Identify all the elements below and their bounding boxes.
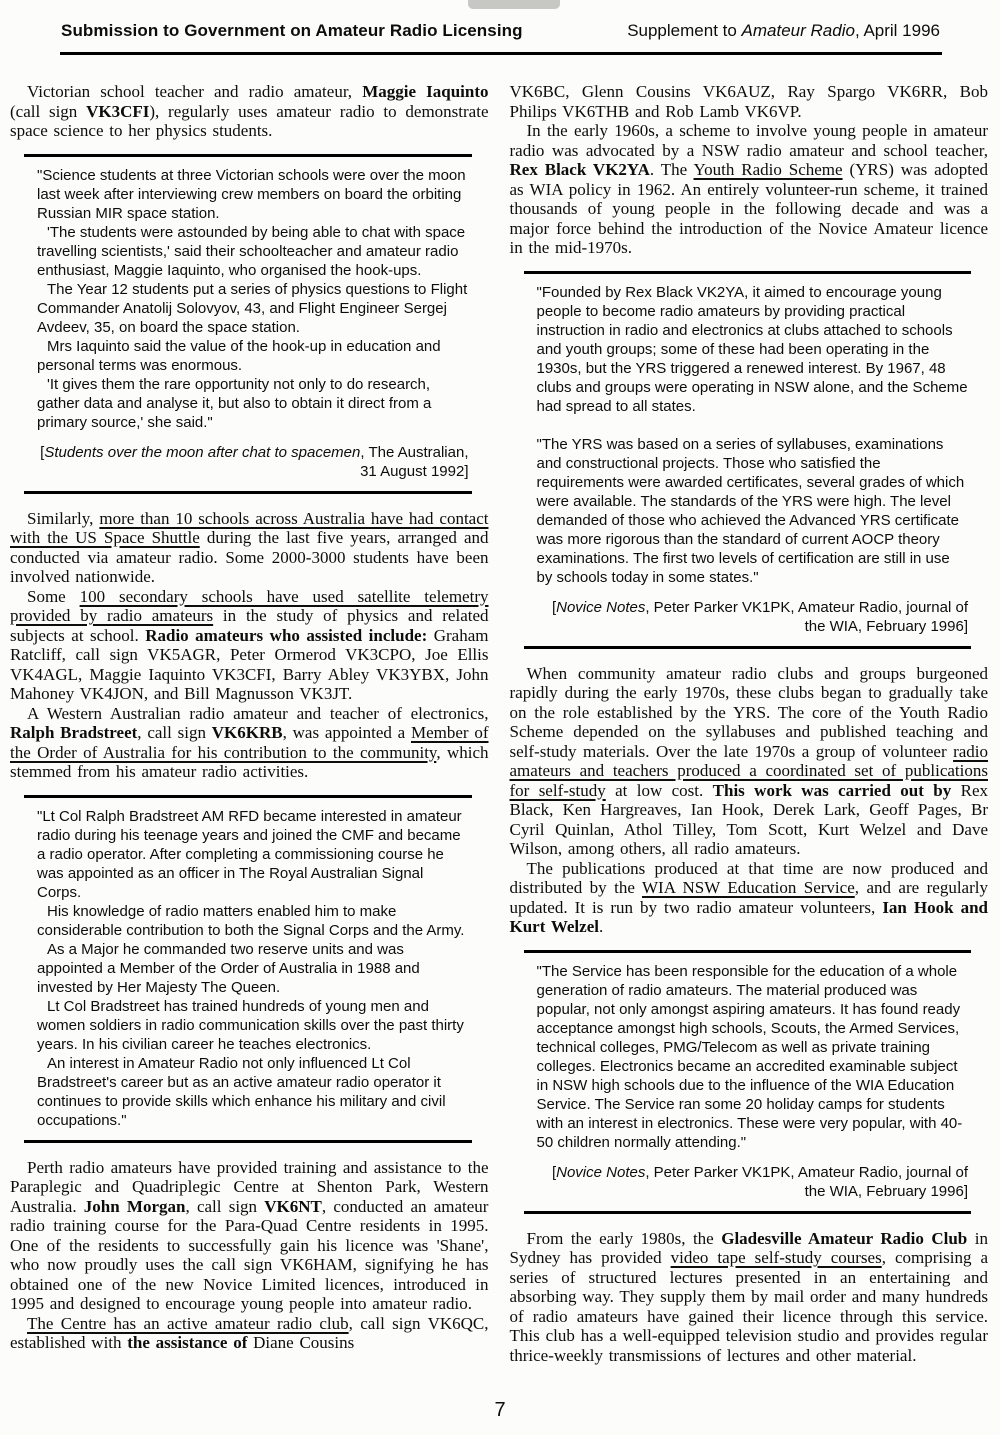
paragraph: From the early 1980s, the Gladesville Am… bbox=[510, 1229, 989, 1366]
text-run: Gladesville Amateur Radio Club bbox=[721, 1229, 967, 1248]
supplement-title-suffix: , April 1996 bbox=[855, 21, 940, 40]
text-run: Similarly, bbox=[27, 509, 99, 528]
text-run: Some bbox=[27, 587, 80, 606]
text-run: Students over the moon after chat to spa… bbox=[44, 444, 360, 461]
text-run: at low cost. bbox=[606, 781, 713, 800]
quote-paragraph: 'The students were astounded by being ab… bbox=[37, 223, 469, 280]
text-run: "Founded by Rex Black VK2YA, it aimed to… bbox=[537, 284, 968, 415]
text-run: , The Australian, 31 August 1992] bbox=[360, 444, 468, 480]
text-run: A Western Australian radio amateur and t… bbox=[27, 704, 489, 723]
text-run: VK6NT bbox=[264, 1197, 322, 1216]
paragraph: The Centre has an active amateur radio c… bbox=[10, 1314, 489, 1353]
text-run: The Centre has an active amateur radio c… bbox=[27, 1314, 349, 1333]
text-run: , call sign bbox=[137, 723, 211, 742]
quote-paragraph: "The Service has been responsible for th… bbox=[537, 962, 969, 1152]
paragraph: Similarly, more than 10 schools across A… bbox=[10, 509, 489, 587]
text-run: Radio amateurs who assisted include: bbox=[145, 626, 427, 645]
paragraph: Victorian school teacher and radio amate… bbox=[10, 82, 489, 141]
paragraph: Perth radio amateurs have provided train… bbox=[10, 1158, 489, 1314]
scanned-document-page: Submission to Government on Amateur Radi… bbox=[0, 0, 1000, 1435]
text-run: WIA NSW Education Service bbox=[642, 878, 855, 897]
text-run: Victorian school teacher and radio amate… bbox=[27, 82, 362, 101]
scan-smudge-artifact bbox=[468, 0, 560, 9]
text-run: Maggie Iaquinto bbox=[362, 82, 488, 101]
quote-paragraph: Mrs Iaquinto said the value of the hook-… bbox=[37, 337, 469, 375]
text-run: "Science students at three Victorian sch… bbox=[37, 167, 466, 222]
text-run: Novice Notes bbox=[556, 599, 645, 616]
page-number: 7 bbox=[494, 1399, 505, 1421]
text-run: In the early 1960s, a scheme to involve … bbox=[510, 121, 989, 160]
text-run: the assistance of bbox=[127, 1333, 247, 1352]
quoted-clipping: "Science students at three Victorian sch… bbox=[24, 154, 472, 494]
text-run: Lt Col Bradstreet has trained hundreds o… bbox=[37, 998, 464, 1053]
paragraph: When community amateur radio clubs and g… bbox=[510, 664, 989, 859]
text-run: The Year 12 students put a series of phy… bbox=[37, 281, 467, 336]
document-title: Submission to Government on Amateur Radi… bbox=[61, 20, 523, 42]
text-run: "The YRS was based on a series of syllab… bbox=[537, 436, 965, 586]
text-run: Youth Radio Scheme bbox=[694, 160, 843, 179]
quoted-clipping: "The Service has been responsible for th… bbox=[524, 950, 972, 1214]
text-run: His knowledge of radio matters enabled h… bbox=[37, 903, 464, 939]
supplement-title: Supplement to Amateur Radio, April 1996 bbox=[627, 20, 940, 42]
text-run: 'It gives them the rare opportunity not … bbox=[37, 376, 431, 431]
quoted-clipping: "Founded by Rex Black VK2YA, it aimed to… bbox=[524, 271, 972, 649]
paragraph: In the early 1960s, a scheme to involve … bbox=[510, 121, 989, 258]
quote-paragraph: An interest in Amateur Radio not only in… bbox=[37, 1054, 469, 1130]
text-run: From the early 1980s, the bbox=[527, 1229, 722, 1248]
text-run: (call sign bbox=[10, 102, 86, 121]
text-run: As a Major he commanded two reserve unit… bbox=[37, 941, 420, 996]
column-left: Victorian school teacher and radio amate… bbox=[10, 82, 489, 1365]
quote-paragraph: His knowledge of radio matters enabled h… bbox=[37, 902, 469, 940]
content-columns: Victorian school teacher and radio amate… bbox=[10, 82, 988, 1365]
text-run: Diane Cousins bbox=[247, 1333, 354, 1352]
page-header: Submission to Government on Amateur Radi… bbox=[61, 20, 940, 42]
supplement-title-prefix: Supplement to bbox=[627, 21, 741, 40]
text-run: 'The students were astounded by being ab… bbox=[37, 224, 465, 279]
quote-attribution: [Novice Notes, Peter Parker VK1PK, Amate… bbox=[537, 598, 969, 636]
text-run: An interest in Amateur Radio not only in… bbox=[37, 1055, 446, 1129]
journal-name: Amateur Radio bbox=[742, 21, 855, 40]
quote-attribution: [Novice Notes, Peter Parker VK1PK, Amate… bbox=[537, 1163, 969, 1201]
text-run: VK6BC, Glenn Cousins VK6AUZ, Ray Spargo … bbox=[510, 82, 989, 121]
quote-paragraph: 'It gives them the rare opportunity not … bbox=[37, 375, 469, 432]
quoted-clipping: "Lt Col Ralph Bradstreet AM RFD became i… bbox=[24, 795, 472, 1143]
column-right: VK6BC, Glenn Cousins VK6AUZ, Ray Spargo … bbox=[510, 82, 989, 1365]
quote-paragraph: "The YRS was based on a series of syllab… bbox=[537, 435, 969, 587]
page-footer: 7 bbox=[0, 1399, 1000, 1422]
quote-attribution: [Students over the moon after chat to sp… bbox=[37, 443, 469, 481]
paragraph: The publications produced at that time a… bbox=[510, 859, 989, 937]
text-run: Mrs Iaquinto said the value of the hook-… bbox=[37, 338, 441, 374]
text-run: Rex Black VK2YA bbox=[510, 160, 650, 179]
text-run: , call sign bbox=[185, 1197, 264, 1216]
text-run: VK6KRB bbox=[212, 723, 283, 742]
text-run: VK3CFI bbox=[86, 102, 149, 121]
text-run: Novice Notes bbox=[556, 1164, 645, 1181]
paragraph: VK6BC, Glenn Cousins VK6AUZ, Ray Spargo … bbox=[510, 82, 989, 121]
text-run: , Peter Parker VK1PK, Amateur Radio, jou… bbox=[645, 599, 968, 635]
text-run: , was appointed a bbox=[283, 723, 411, 742]
quote-paragraph: "Science students at three Victorian sch… bbox=[37, 166, 469, 223]
text-run: This work was carried out by bbox=[713, 781, 952, 800]
quote-paragraph: "Lt Col Ralph Bradstreet AM RFD became i… bbox=[37, 807, 469, 902]
paragraph: A Western Australian radio amateur and t… bbox=[10, 704, 489, 782]
text-run: "Lt Col Ralph Bradstreet AM RFD became i… bbox=[37, 808, 462, 901]
text-run: "The Service has been responsible for th… bbox=[537, 963, 963, 1151]
text-run: , Peter Parker VK1PK, Amateur Radio, jou… bbox=[645, 1164, 968, 1200]
text-run: Ralph Bradstreet bbox=[10, 723, 137, 742]
header-rule bbox=[60, 52, 942, 55]
quote-paragraph: As a Major he commanded two reserve unit… bbox=[37, 940, 469, 997]
text-run: John Morgan bbox=[84, 1197, 186, 1216]
quote-paragraph: "Founded by Rex Black VK2YA, it aimed to… bbox=[537, 283, 969, 416]
text-run: . bbox=[599, 917, 603, 936]
text-run: . The bbox=[650, 160, 694, 179]
text-run: When community amateur radio clubs and g… bbox=[510, 664, 989, 761]
quote-paragraph: The Year 12 students put a series of phy… bbox=[37, 280, 469, 337]
paragraph: Some 100 secondary schools have used sat… bbox=[10, 587, 489, 704]
text-run: video tape self-study courses bbox=[671, 1248, 882, 1267]
quote-paragraph: Lt Col Bradstreet has trained hundreds o… bbox=[37, 997, 469, 1054]
